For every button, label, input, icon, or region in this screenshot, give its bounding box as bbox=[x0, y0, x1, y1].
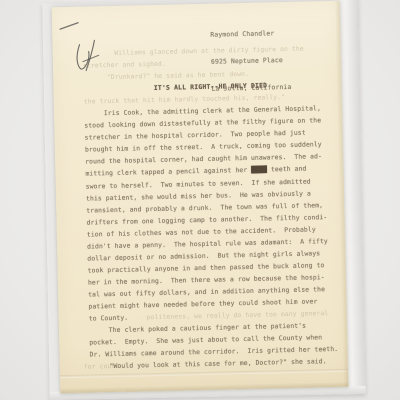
photo-backdrop: Raymond Chandler 6925 Neptune Place La J… bbox=[0, 0, 400, 400]
overstruck-word: ████ bbox=[251, 166, 267, 174]
manuscript-page: Raymond Chandler 6925 Neptune Place La J… bbox=[52, 1, 349, 393]
typescript-text: Williams glanced down at the dirty figur… bbox=[83, 42, 344, 373]
erased-ghost-text: for court bbox=[84, 360, 120, 373]
author-name: Raymond Chandler bbox=[210, 28, 334, 40]
